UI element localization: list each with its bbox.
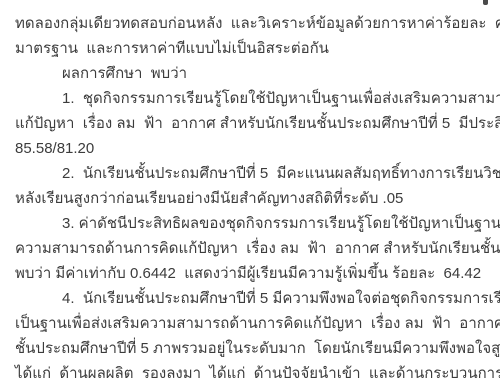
finding-item-2-line: หลังเรียนสูงกว่าก่อนเรียนอย่างมีนัยสำคัญ… — [15, 186, 486, 211]
finding-item-4-line: เป็นฐานเพื่อส่งเสริมความสามารถด้านการคิด… — [15, 311, 486, 336]
finding-item-4-line: ได้แก่ ด้านผลผลิต รองลงมา ได้แก่ ด้านปัจ… — [15, 361, 486, 380]
finding-item-1-line: 85.58/81.20 — [15, 136, 486, 161]
section-heading: ผลการศึกษา พบว่า — [15, 61, 486, 86]
clipped-page-number-mark — [483, 0, 488, 5]
text-line: ทดลองกลุ่มเดียวทดสอบก่อนหลัง และวิเคราะห… — [15, 11, 486, 36]
finding-item-1-line: 1. ชุดกิจกรรมการเรียนรู้โดยใช้ปัญหาเป็นฐ… — [15, 86, 486, 111]
finding-item-4-line: 4. นักเรียนชั้นประถมศึกษาปีที่ 5 มีความพ… — [15, 286, 486, 311]
finding-item-1-line: แก้ปัญหา เรื่อง ลม ฟ้า อากาศ สำหรับนักเร… — [15, 111, 486, 136]
document-page: ทดลองกลุ่มเดียวทดสอบก่อนหลัง และวิเคราะห… — [0, 0, 500, 380]
finding-item-3-line: 3. ค่าดัชนีประสิทธิผลของชุดกิจกรรมการเรี… — [15, 211, 486, 236]
finding-item-4-line: ชั้นประถมศึกษาปีที่ 5 ภาพรวมอยู่ในระดับม… — [15, 336, 486, 361]
text-line: มาตรฐาน และการหาค่าทีแบบไม่เป็นอิสระต่อก… — [15, 36, 486, 61]
finding-item-2-line: 2. นักเรียนชั้นประถมศึกษาปีที่ 5 มีคะแนน… — [15, 161, 486, 186]
finding-item-3-line: พบว่า มีค่าเท่ากับ 0.6442 แสดงว่ามีผู้เร… — [15, 261, 486, 286]
finding-item-3-line: ความสามารถด้านการคิดแก้ปัญหา เรื่อง ลม ฟ… — [15, 236, 486, 261]
